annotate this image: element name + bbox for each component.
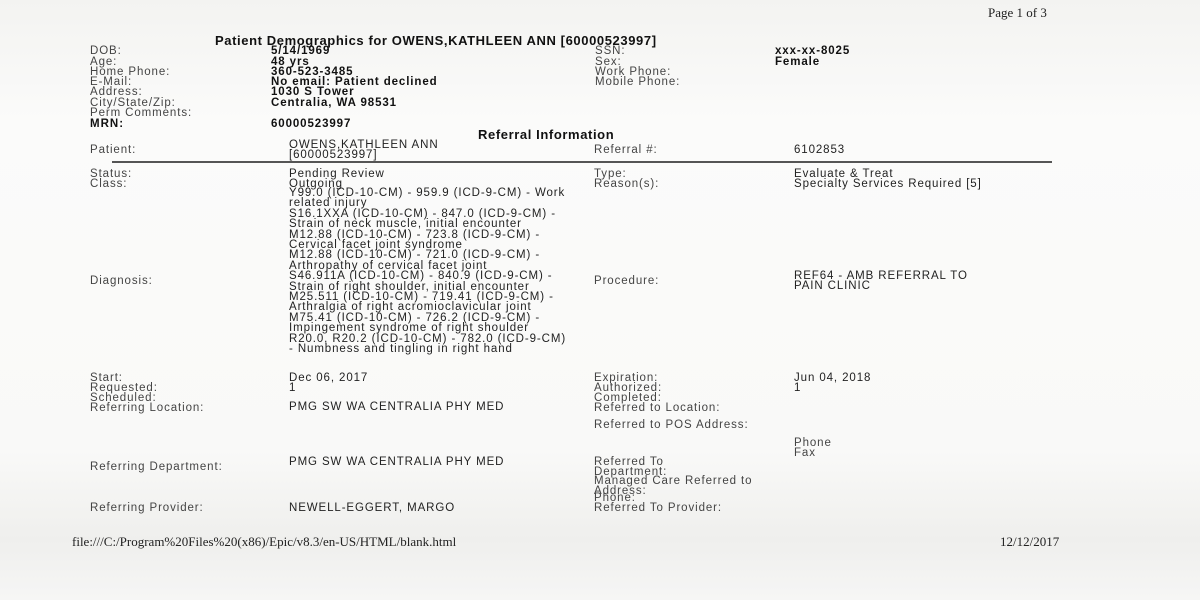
referral-title: Referral Information <box>478 127 614 142</box>
reasons-label: Reason(s): <box>594 178 659 190</box>
referring-provider-value: NEWELL-EGGERT, MARGO <box>289 502 455 514</box>
diagnosis-item: S16.1XXA (ICD-10-CM) - 847.0 (ICD-9-CM) … <box>289 209 569 230</box>
mrn-value: 60000523997 <box>271 118 351 130</box>
referral-number-value: 6102853 <box>794 144 845 156</box>
footer-url: file:///C:/Program%20Files%20(x86)/Epic/… <box>72 534 456 550</box>
diagnosis-item: M12.88 (ICD-10-CM) - 723.8 (ICD-9-CM) - … <box>289 230 569 251</box>
diagnosis-item: M75.41 (ICD-10-CM) - 726.2 (ICD-9-CM) - … <box>289 313 569 334</box>
start-value: Dec 06, 2017 <box>289 372 368 384</box>
sex-value: Female <box>775 56 820 68</box>
class-label: Class: <box>90 178 127 190</box>
diagnosis-item: S46.911A (ICD-10-CM) - 840.9 (ICD-9-CM) … <box>289 271 569 292</box>
referred-to-location-label: Referred to Location: <box>594 402 720 414</box>
fax-label: Fax <box>794 447 816 459</box>
patient-label: Patient: <box>90 144 136 156</box>
diagnosis-item: R20.0, R20.2 (ICD-10-CM) - 782.0 (ICD-9-… <box>289 334 569 355</box>
page-indicator: Page 1 of 3 <box>988 5 1047 21</box>
diagnosis-label: Diagnosis: <box>90 275 153 287</box>
diagnosis-item: M25.511 (ICD-10-CM) - 719.41 (ICD-9-CM) … <box>289 292 569 313</box>
requested-value: 1 <box>289 382 296 394</box>
referral-number-label: Referral #: <box>594 144 658 156</box>
diagnosis-item: M12.88 (ICD-10-CM) - 721.0 (ICD-9-CM) - … <box>289 250 569 271</box>
procedure-value: REF64 - AMB REFERRAL TO PAIN CLINIC <box>794 271 974 292</box>
referring-location-label: Referring Location: <box>90 402 204 414</box>
mrn-label: MRN: <box>90 118 124 130</box>
referring-department-value: PMG SW WA CENTRALIA PHY MED <box>289 457 569 467</box>
expiration-value: Jun 04, 2018 <box>794 372 871 384</box>
authorized-value: 1 <box>794 382 801 394</box>
printed-page: Page 1 of 3 Patient Demographics for OWE… <box>0 0 1200 600</box>
referred-to-provider-label: Referred To Provider: <box>594 502 722 514</box>
patient-value: OWENS,KATHLEEN ANN [60000523997] <box>289 140 469 161</box>
diagnosis-list: Y99.0 (ICD-10-CM) - 959.9 (ICD-9-CM) - W… <box>289 188 569 355</box>
mobile-phone-label: Mobile Phone: <box>595 76 680 88</box>
referring-department-label: Referring Department: <box>90 461 223 473</box>
referring-provider-label: Referring Provider: <box>90 502 204 514</box>
reasons-value: Specialty Services Required [5] <box>794 178 982 190</box>
diagnosis-item: Y99.0 (ICD-10-CM) - 959.9 (ICD-9-CM) - W… <box>289 188 569 209</box>
referred-to-pos-address-label: Referred to POS Address: <box>594 420 754 430</box>
city-state-zip-value: Centralia, WA 98531 <box>271 97 397 109</box>
referring-location-value: PMG SW WA CENTRALIA PHY MED <box>289 402 569 412</box>
footer-date: 12/12/2017 <box>1000 534 1059 550</box>
section-divider <box>112 161 1052 163</box>
procedure-label: Procedure: <box>594 275 659 287</box>
